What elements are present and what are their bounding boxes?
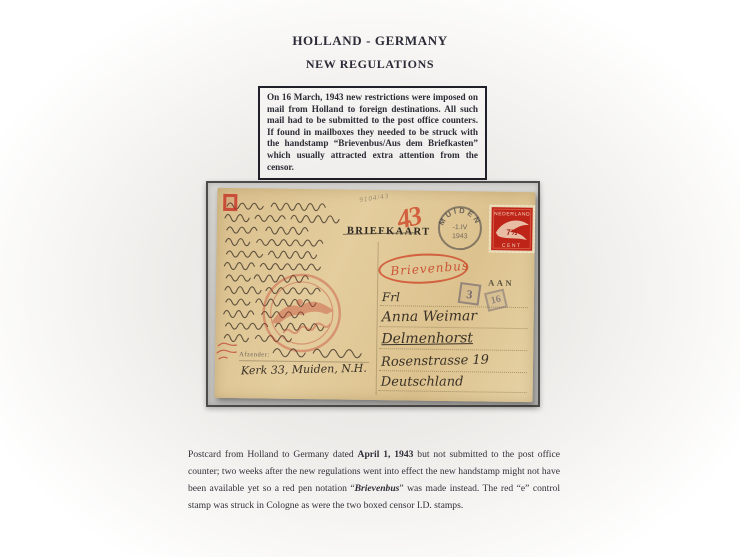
postcard: 9104/43 BRIEFKAART 43 MUIDEN -1.IV 1943 bbox=[215, 188, 536, 402]
brievenbus-red-notation: Brievenbus bbox=[378, 252, 469, 285]
aan-label: AAN bbox=[488, 278, 514, 288]
stamp-country: NEDERLAND bbox=[494, 211, 530, 218]
address-rule bbox=[379, 370, 527, 373]
intro-text-box: On 16 March, 1943 new restrictions were … bbox=[258, 86, 487, 180]
address-rule bbox=[379, 348, 527, 351]
stamp-unit: CENT bbox=[502, 243, 522, 249]
address-line-3: Delmenhorst bbox=[381, 330, 473, 347]
stamp-value: 7½ bbox=[506, 228, 518, 237]
exhibit-caption: Postcard from Holland to Germany dated A… bbox=[188, 446, 560, 514]
caption-part1: Postcard from Holland to Germany dated bbox=[188, 449, 358, 460]
page-title: HOLLAND - GERMANY bbox=[0, 33, 740, 49]
address-line-2: Anna Weimar bbox=[382, 308, 477, 325]
postmark-day: -1.IV bbox=[453, 224, 468, 231]
postmark-year: 1943 bbox=[452, 233, 468, 240]
sender-address: Kerk 33, Muiden, N.H. bbox=[241, 362, 367, 378]
afzender-label: Afzender: bbox=[239, 351, 270, 358]
caption-date: April 1, 1943 bbox=[358, 449, 414, 460]
censor-box-1: 3 bbox=[458, 282, 482, 306]
page-subtitle: NEW REGULATIONS bbox=[0, 57, 740, 72]
address-line-1: Frl bbox=[382, 290, 400, 304]
intro-text: On 16 March, 1943 new restrictions were … bbox=[267, 92, 478, 173]
caption-notation: Brievenbus bbox=[355, 483, 400, 494]
address-line-4: Rosenstrasse 19 bbox=[381, 353, 489, 370]
red-pencil-scribble bbox=[215, 340, 241, 362]
censor-box-2: 16 bbox=[484, 289, 508, 312]
muiden-postmark: MUIDEN -1.IV 1943 bbox=[436, 204, 485, 253]
nederland-stamp: NEDERLAND 7½ CENT bbox=[489, 205, 536, 254]
address-rule bbox=[380, 326, 528, 329]
sender-name-scrawl bbox=[271, 342, 379, 360]
brievenbus-text: Brievenbus bbox=[390, 259, 469, 279]
album-page: HOLLAND - GERMANY NEW REGULATIONS On 16 … bbox=[0, 0, 740, 557]
address-rule bbox=[379, 390, 527, 393]
postcard-frame: 9104/43 BRIEFKAART 43 MUIDEN -1.IV 1943 bbox=[206, 181, 540, 407]
red-corner-mark bbox=[223, 194, 237, 211]
address-line-5: Deutschland bbox=[381, 375, 464, 390]
